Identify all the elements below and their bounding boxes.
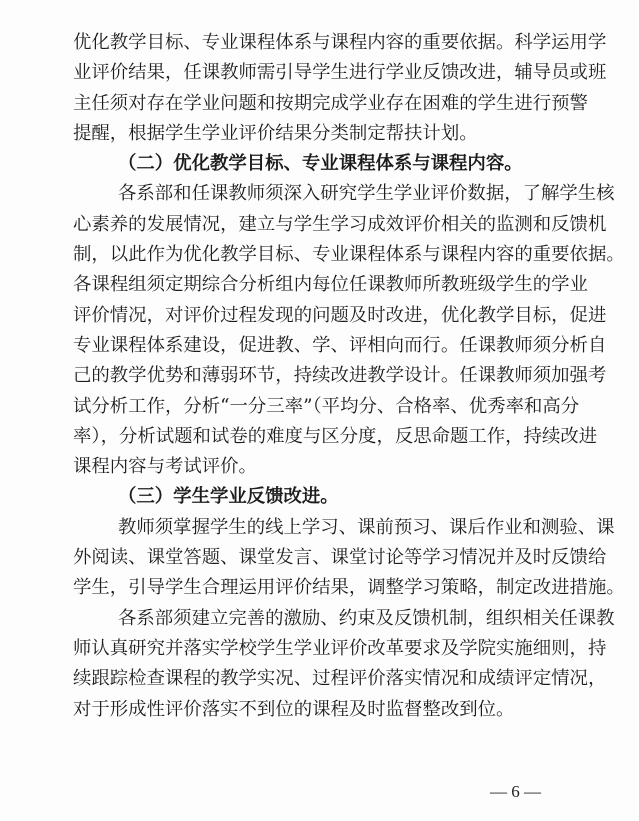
text-line: 外阅读、课堂答题、课堂发言、课堂讨论等学习情况并及时反馈给 <box>73 543 567 573</box>
text-line: 专业课程体系建设，促进教、学、评相向而行。任课教师须分析自 <box>73 331 567 361</box>
text-line: 学生，引导学生合理运用评价结果，调整学习策略，制定改进措施。 <box>73 573 567 603</box>
text-line: 提醒，根据学生学业评价结果分类制定帮扶计划。 <box>73 119 567 149</box>
text-line: 各课程组须定期综合分析组内每位任课教师所教班级学生的学业 <box>73 270 567 300</box>
text-line: 续跟踪检查课程的教学实况、过程评价落实情况和成绩评定情况， <box>73 664 567 694</box>
text-line: 心素养的发展情况，建立与学生学习成效评价相关的监测和反馈机 <box>73 210 567 240</box>
text-line: 业评价结果，任课教师需引导学生进行学业反馈改进，辅导员或班 <box>73 58 567 88</box>
page-number: — 6 — <box>490 782 541 802</box>
text-line: 师认真研究并落实学校学生学业评价改革要求及学院实施细则，持 <box>73 634 567 664</box>
text-line: 课程内容与考试评价。 <box>73 452 567 482</box>
document-body: 优化教学目标、专业课程体系与课程内容的重要依据。科学运用学 业评价结果，任课教师… <box>73 28 567 725</box>
section-heading-3: （三）学生学业反馈改进。 <box>73 482 567 512</box>
section-heading-2: （二）优化教学目标、专业课程体系与课程内容。 <box>73 149 567 179</box>
text-line: 己的教学优势和薄弱环节，持续改进教学设计。任课教师须加强考 <box>73 361 567 391</box>
text-line: 主任须对存在学业问题和按期完成学业存在困难的学生进行预警 <box>73 89 567 119</box>
text-line: 试分析工作，分析“一分三率”（平均分、合格率、优秀率和高分 <box>73 392 567 422</box>
text-line: 评价情况，对评价过程发现的问题及时改进，优化教学目标，促进 <box>73 301 567 331</box>
text-line: 各系部和任课教师须深入研究学生学业评价数据，了解学生核 <box>73 179 567 209</box>
document-page: 优化教学目标、专业课程体系与课程内容的重要依据。科学运用学 业评价结果，任课教师… <box>0 0 639 821</box>
text-line: 各系部须建立完善的激励、约束及反馈机制，组织相关任课教 <box>73 604 567 634</box>
text-line: 率），分析试题和试卷的难度与区分度，反思命题工作，持续改进 <box>73 422 567 452</box>
text-line: 教师须掌握学生的线上学习、课前预习、课后作业和测验、课 <box>73 513 567 543</box>
text-line: 优化教学目标、专业课程体系与课程内容的重要依据。科学运用学 <box>73 28 567 58</box>
text-line: 对于形成性评价落实不到位的课程及时监督整改到位。 <box>73 695 567 725</box>
text-line: 制，以此作为优化教学目标、专业课程体系与课程内容的重要依据。 <box>73 240 567 270</box>
